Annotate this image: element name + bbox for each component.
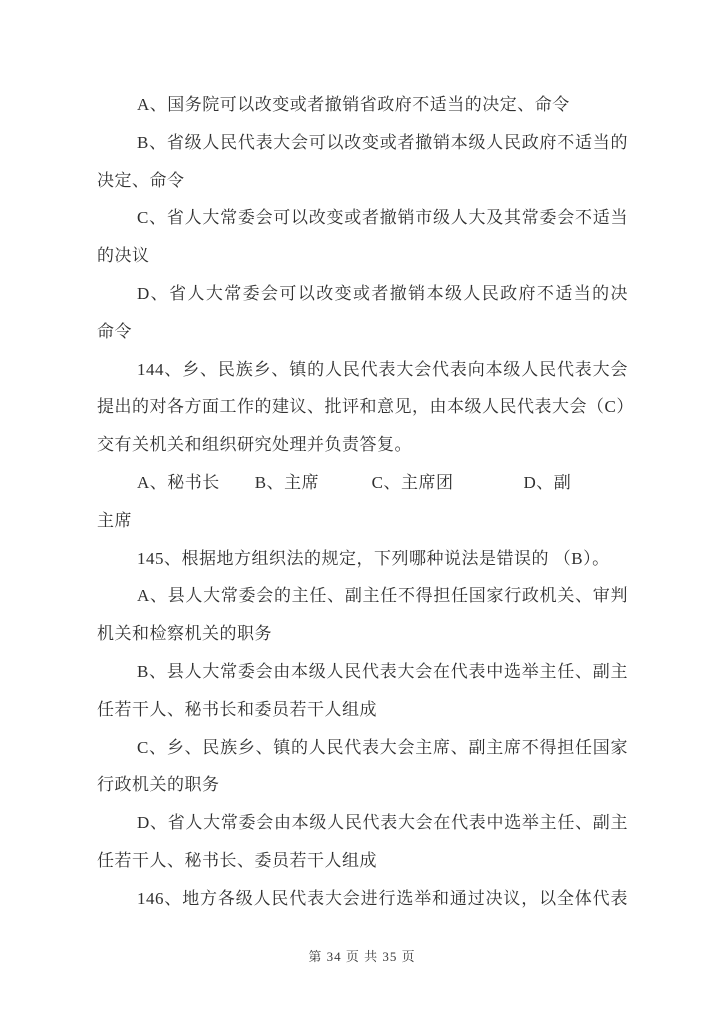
document-line: D、省人大常委会由本级人民代表大会在代表中选举主任、副主 [97,804,628,842]
document-line: D、省人大常委会可以改变或者撤销本级人民政府不适当的决定、 [97,275,628,313]
document-line: C、乡、民族乡、镇的人民代表大会主席、副主席不得担任国家 [97,729,628,767]
document-line: B、省级人民代表大会可以改变或者撤销本级人民政府不适当的 [97,124,628,162]
document-line: 145、根据地方组织法的规定，下列哪种说法是错误的 （B）。 [97,540,628,578]
document-line: 交有关机关和组织研究处理并负责答复。 [97,426,628,464]
document-line: 主席 [97,502,628,540]
document-line: 144、乡、民族乡、镇的人民代表大会代表向本级人民代表大会 [97,351,628,389]
page-footer: 第 34 页 共 35 页 [0,946,724,965]
document-line: A、秘书长 B、主席 C、主席团 D、副 [97,464,628,502]
document-line: C、省人大常委会可以改变或者撤销市级人大及其常委会不适当 [97,199,628,237]
document-line: 提出的对各方面工作的建议、批评和意见，由本级人民代表大会（C） [97,388,628,426]
document-line: 行政机关的职务 [97,766,628,804]
document-line: A、国务院可以改变或者撤销省政府不适当的决定、命令 [97,86,628,124]
document-line: B、县人大常委会由本级人民代表大会在代表中选举主任、副主 [97,653,628,691]
document-line: 的决议 [97,237,628,275]
document-line: A、县人大常委会的主任、副主任不得担任国家行政机关、审判 [97,577,628,615]
document-line: 机关和检察机关的职务 [97,615,628,653]
document-text-block: A、国务院可以改变或者撤销省政府不适当的决定、命令B、省级人民代表大会可以改变或… [97,86,628,918]
document-line: 任若干人、秘书长、委员若干人组成 [97,842,628,880]
document-line: 146、地方各级人民代表大会进行选举和通过决议，以全体代表 [97,880,628,918]
document-line: 任若干人、秘书长和委员若干人组成 [97,691,628,729]
document-page: A、国务院可以改变或者撤销省政府不适当的决定、命令B、省级人民代表大会可以改变或… [0,0,724,1024]
document-line: 命令 [97,313,628,351]
document-line: 决定、命令 [97,162,628,200]
